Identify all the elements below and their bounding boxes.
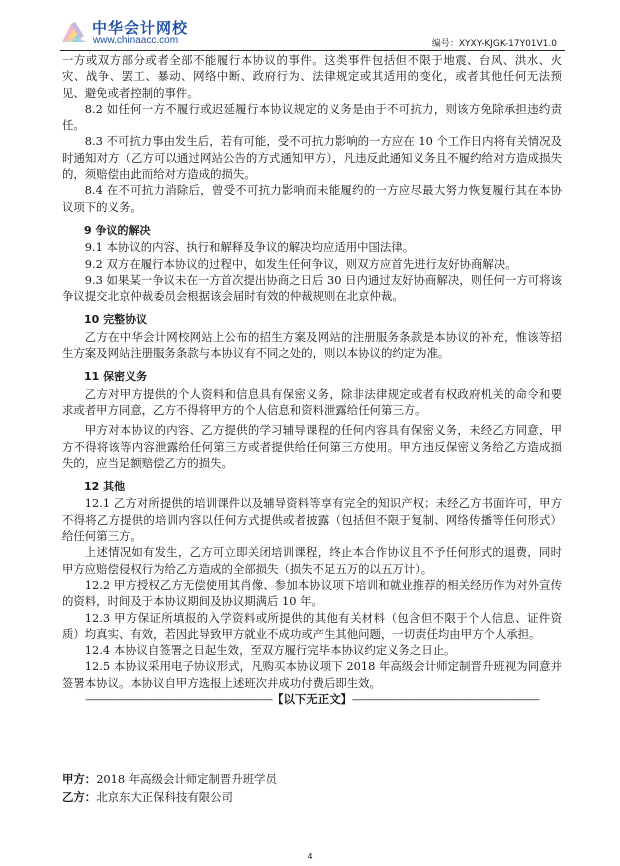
document-body: 一方或双方部分或者全部不能履行本协议的事件。这类事件包括但不限于地震、台风、洪水… — [62, 52, 562, 707]
party-a-line: 甲方：2018 年高级会计师定制晋升班学员 — [62, 770, 277, 788]
clause-8-3: 8.3 不可抗力事由发生后，若有可能，受不可抗力影响的一方应在 10 个工作日内… — [62, 133, 562, 182]
page-header: 中华会计网校 www.chinaacc.com 编号：XYXY-KJGK-17Y… — [60, 16, 565, 50]
end-mark: 【以下无正文】 — [272, 692, 352, 706]
party-b-line: 乙方：北京东大正保科技有限公司 — [62, 788, 277, 806]
section-9-heading: 9 争议的解决 — [62, 223, 562, 239]
clause-10: 乙方在中华会计网校网站上公布的招生方案及网站的注册服务条款是本协议的补充，惟该等… — [62, 329, 562, 362]
end-of-text-marker: ——————————————————【以下无正文】———————————————… — [62, 691, 562, 707]
end-dashes-right: —————————————————— — [352, 692, 539, 706]
clause-12-3: 12.3 甲方保证所填报的入学资料或所提供的其他有关材料（包含但不限于个人信息、… — [62, 610, 562, 643]
clause-9-2: 9.2 双方在履行本协议的过程中，如发生任何争议，则双方应首先进行友好协商解决。 — [62, 256, 562, 272]
party-a-label: 甲方： — [62, 772, 96, 786]
document-number-label: 编号： — [432, 39, 459, 49]
page-number: 4 — [0, 852, 620, 861]
document-page: 中华会计网校 www.chinaacc.com 编号：XYXY-KJGK-17Y… — [0, 0, 620, 866]
logo-mark-icon — [60, 20, 88, 44]
logo-url: www.chinaacc.com — [93, 35, 178, 46]
chinaacc-logo[interactable]: 中华会计网校 www.chinaacc.com — [60, 16, 220, 50]
clause-12-1: 12.1 乙方对所提供的培训课件以及辅导资料等享有完全的知识产权；未经乙方书面许… — [62, 495, 562, 544]
section-10-heading: 10 完整协议 — [62, 312, 562, 328]
clause-8-4: 8.4 在不可抗力消除后，曾受不可抗力影响而未能履约的一方应尽最大努力恢复履行其… — [62, 182, 562, 215]
clause-8-2: 8.2 如任何一方不履行或迟延履行本协议规定的义务是由于不可抗力，则该方免除承担… — [62, 101, 562, 134]
document-number-value: XYXY-KJGK-17Y01V1.0 — [459, 39, 557, 49]
clause-9-1: 9.1 本协议的内容、执行和解释及争议的解决均应适用中国法律。 — [62, 239, 562, 255]
header-divider — [60, 50, 565, 51]
clause-8-1-continued: 一方或双方部分或者全部不能履行本协议的事件。这类事件包括但不限于地震、台风、洪水… — [62, 52, 562, 101]
section-11-heading: 11 保密义务 — [62, 369, 562, 385]
end-dashes-left: —————————————————— — [85, 692, 272, 706]
party-b-label: 乙方： — [62, 790, 96, 804]
clause-12-4: 12.4 本协议自签署之日起生效，至双方履行完毕本协议约定义务之日止。 — [62, 642, 562, 658]
section-12-heading: 12 其他 — [62, 479, 562, 495]
clause-12-5: 12.5 本协议采用电子协议形式，凡购买本协议项下 2018 年高级会计师定制晋… — [62, 658, 562, 691]
clause-11-b: 甲方对本协议的内容、乙方提供的学习辅导课程的任何内容具有保密义务，未经乙方同意，… — [62, 422, 562, 471]
party-a-name: 2018 年高级会计师定制晋升班学员 — [96, 772, 277, 786]
party-b-name: 北京东大正保科技有限公司 — [96, 790, 233, 804]
clause-12-2: 12.2 甲方授权乙方无偿使用其肖像、参加本协议项下培训和就业推荐的相关经历作为… — [62, 577, 562, 610]
clause-12-1-consequence: 上述情况如有发生，乙方可立即关闭培训课程，终止本合作协议且不予任何形式的退费，同… — [62, 544, 562, 577]
document-number: 编号：XYXY-KJGK-17Y01V1.0 — [432, 36, 557, 49]
clause-11-a: 乙方对甲方提供的个人资料和信息具有保密义务，除非法律规定或者有权政府机关的命令和… — [62, 386, 562, 419]
signature-block: 甲方：2018 年高级会计师定制晋升班学员 乙方：北京东大正保科技有限公司 — [62, 770, 277, 806]
clause-9-3: 9.3 如果某一争议未在一方首次提出协商之日后 30 日内通过友好协商解决，则任… — [62, 272, 562, 305]
